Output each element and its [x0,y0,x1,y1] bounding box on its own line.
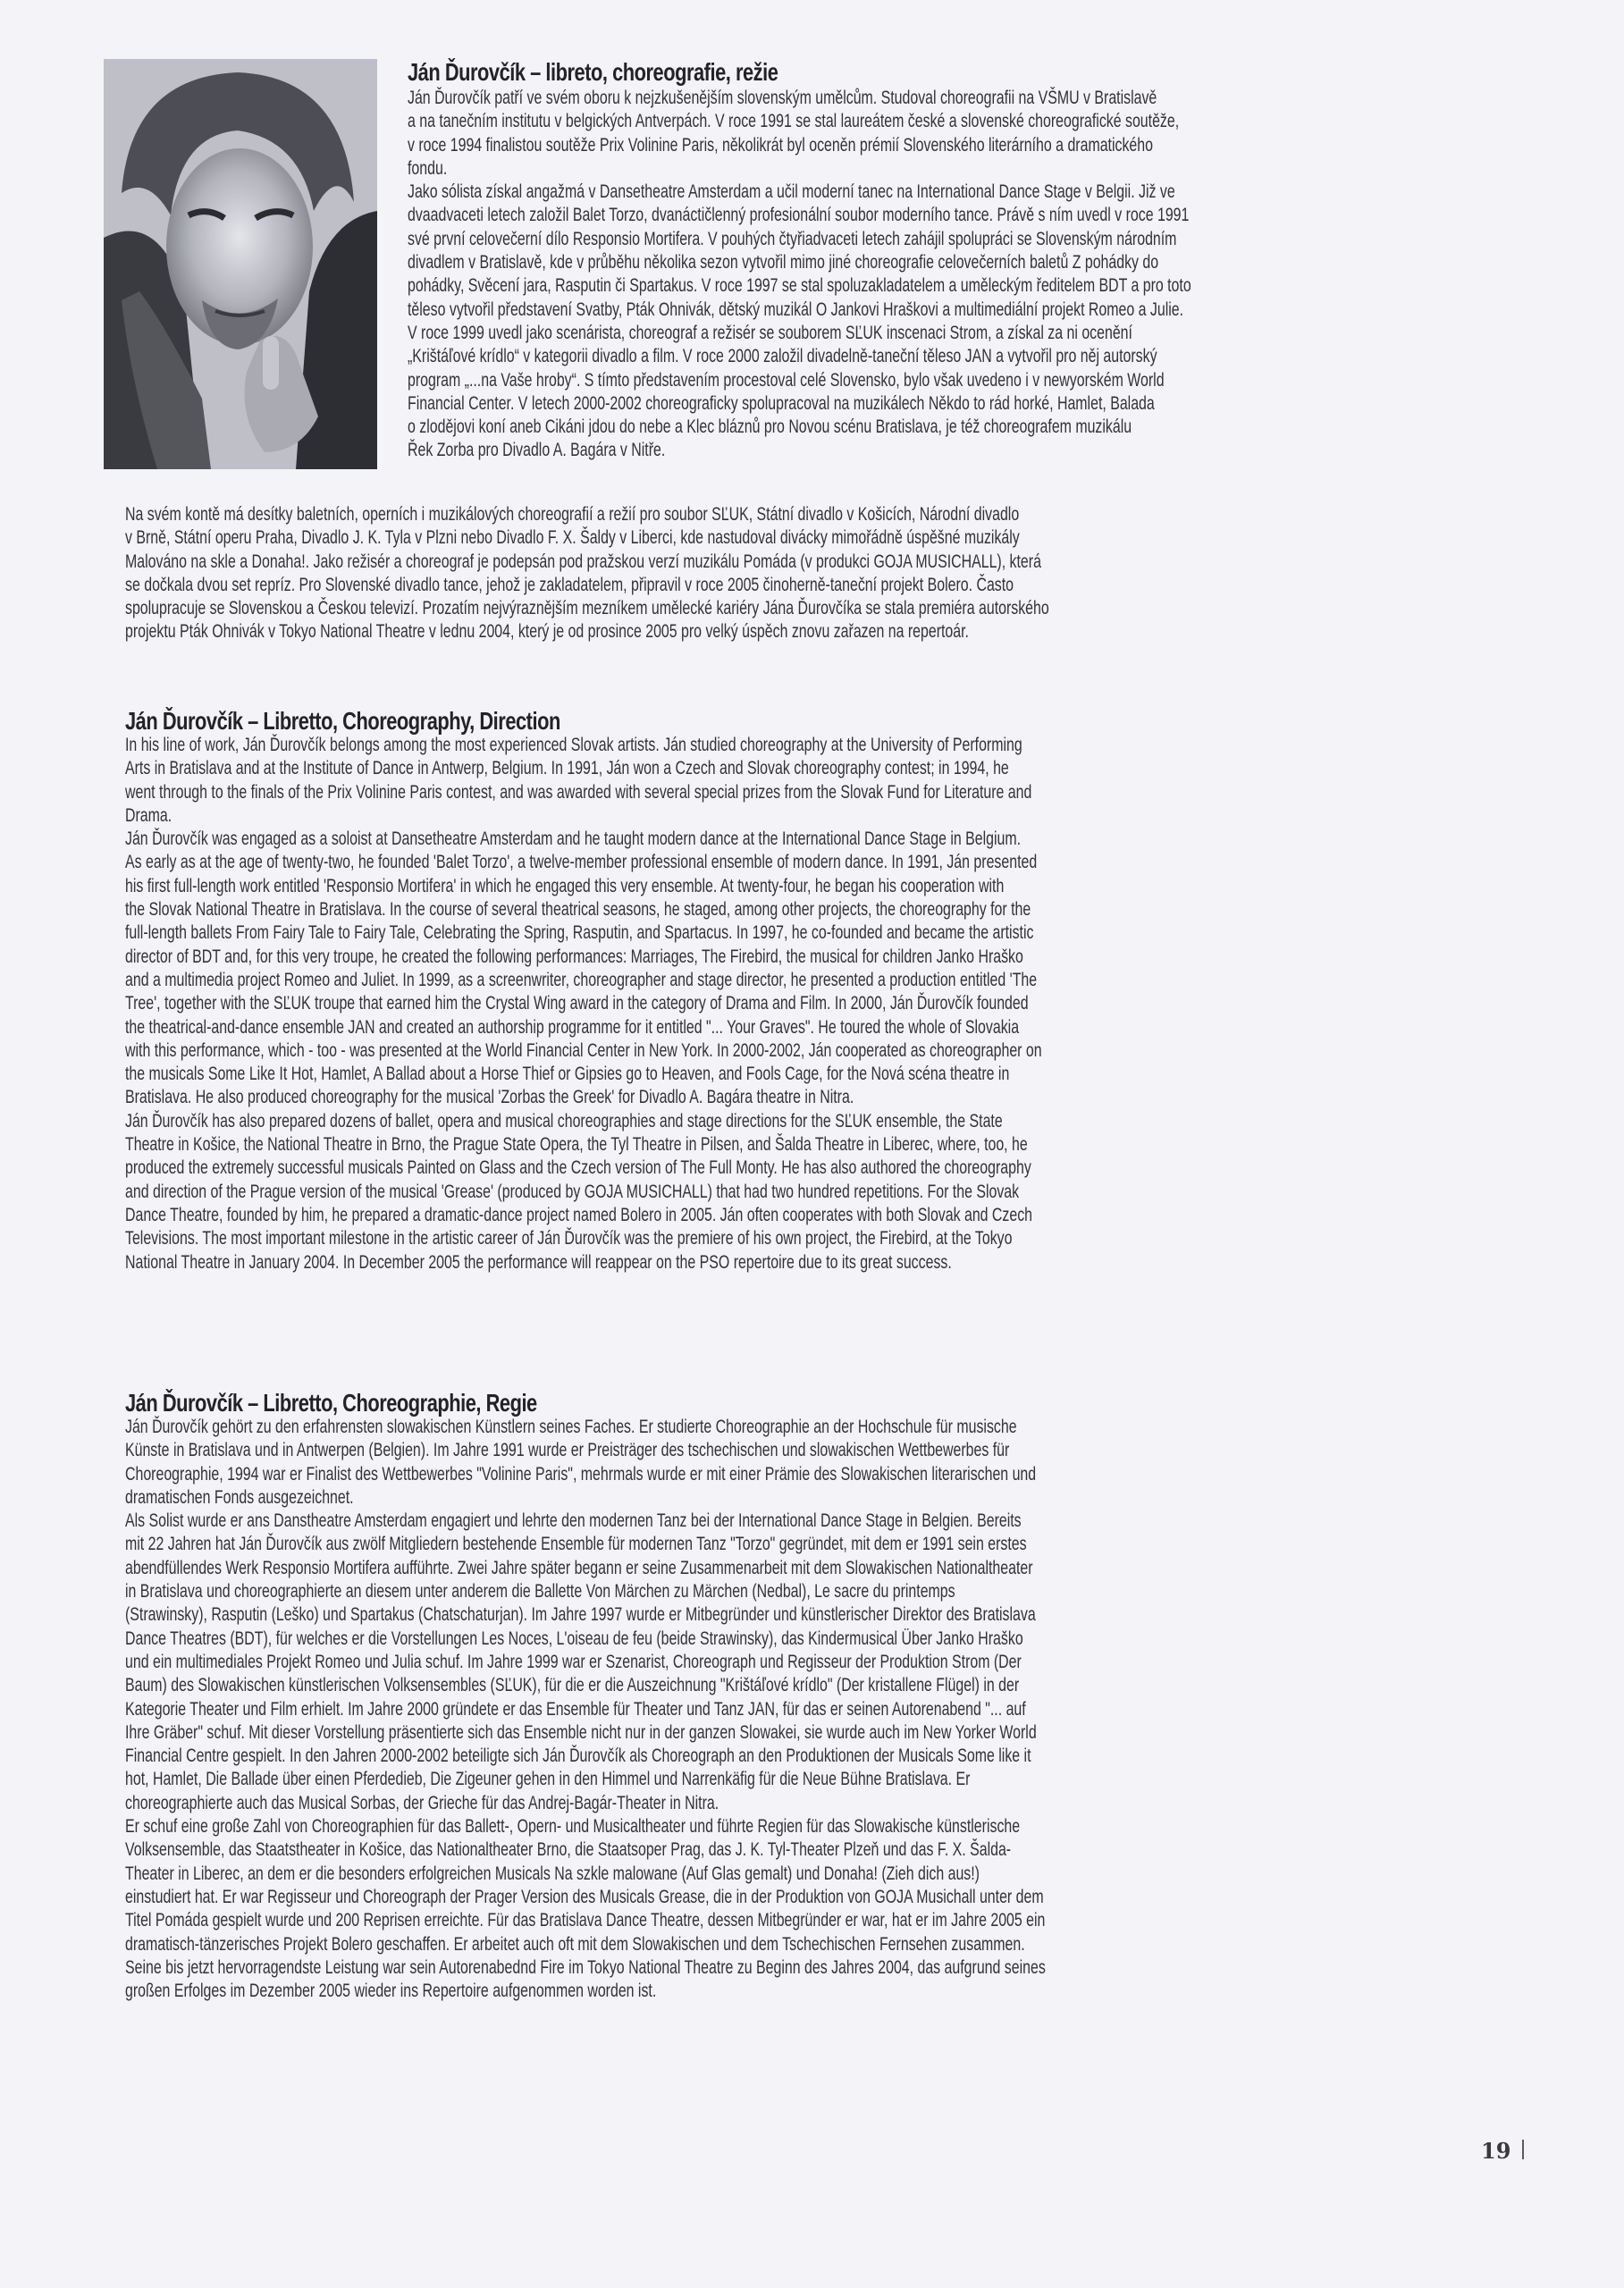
text-line: großen Erfolges im Dezember 2005 wieder … [125,1979,1046,2002]
page-number: 19 [1481,2138,1510,2164]
text-line: and direction of the Prague version of t… [125,1180,1042,1203]
text-line: program „...na Vaše hroby“. S tímto před… [408,368,1191,391]
page-number-divider [1522,2140,1524,2159]
czech-body: Ján Ďurovčík patří ve svém oboru k nejzk… [408,86,1467,462]
text-line: mit 22 Jahren hat Ján Ďurovčík aus zwölf… [125,1532,1046,1555]
text-line: full-length ballets From Fairy Tale to F… [125,921,1042,944]
text-line: v roce 1994 finalistou soutěže Prix Voli… [408,133,1191,156]
text-line: Künste in Bratislava und in Antwerpen (B… [125,1438,1046,1461]
text-line: spolupracuje se Slovenskou a Českou tele… [125,596,1049,619]
text-line: projektu Pták Ohnivák v Tokyo National T… [125,619,1049,643]
text-line: the musicals Some Like It Hot, Hamlet, A… [125,1062,1042,1085]
text-line: einstudiert hat. Er war Regisseur und Ch… [125,1885,1046,1908]
english-body: In his line of work, Ján Ďurovčík belong… [125,733,1364,1274]
text-line: Dance Theatres (BDT), für welches er die… [125,1627,1046,1650]
text-line: pohádky, Svěcení jara, Rasputin či Spart… [408,273,1191,297]
text-line: Arts in Bratislava and at the Institute … [125,756,1042,779]
text-line: hot, Hamlet, Die Ballade über einen Pfer… [125,1767,1046,1790]
text-line: dramatisch-tänzerisches Projekt Bolero g… [125,1932,1046,1956]
text-line: Er schuf eine große Zahl von Choreograph… [125,1814,1046,1838]
text-line: the Slovak National Theatre in Bratislav… [125,897,1042,921]
text-line: své první celovečerní dílo Responsio Mor… [408,227,1191,250]
text-line: choreographierte auch das Musical Sorbas… [125,1791,1046,1814]
text-line: těleso vytvořil představení Svatby, Pták… [408,298,1191,321]
text-line: „Krištáľové krídlo“ v kategorii divadlo … [408,344,1191,367]
text-line: In his line of work, Ján Ďurovčík belong… [125,733,1042,756]
text-line: Financial Center. V letech 2000-2002 cho… [408,391,1191,415]
text-line: fondu. [408,156,1191,180]
text-line: and a multimedia project Romeo and Julie… [125,968,1042,991]
text-line: his first full-length work entitled 'Res… [125,874,1042,897]
text-line: Ján Ďurovčík patří ve svém oboru k nejzk… [408,86,1191,109]
text-line: v Brně, Státní operu Praha, Divadlo J. K… [125,526,1049,549]
text-line: Ján Ďurovčík gehört zu den erfahrensten … [125,1415,1046,1438]
portrait-photo [104,59,377,469]
text-line: dvaadvaceti letech založil Balet Torzo, … [408,203,1191,226]
text-line: Theater in Liberec, an dem er die besond… [125,1862,1046,1885]
text-line: Ihre Gräber" schuf. Mit dieser Vorstellu… [125,1720,1046,1744]
portrait-illustration [104,59,377,469]
text-line: divadlem v Bratislavě, kde v průběhu něk… [408,250,1191,273]
text-line: Ján Ďurovčík was engaged as a soloist at… [125,827,1042,850]
german-body: Ján Ďurovčík gehört zu den erfahrensten … [125,1415,1369,2002]
text-line: produced the extremely successful musica… [125,1156,1042,1179]
text-line: Drama. [125,803,1042,827]
text-line: Televisions. The most important mileston… [125,1226,1042,1249]
text-line: dramatischen Fonds ausgezeichnet. [125,1485,1046,1509]
czech-heading: Ján Ďurovčík – libreto, choreografie, re… [408,57,1233,88]
german-heading: Ján Ďurovčík – Libretto, Choreographie, … [125,1388,1095,1418]
english-section: Ján Ďurovčík – Libretto, Choreography, D… [125,706,1364,1274]
text-line: Tree', together with the SĽUK troupe tha… [125,991,1042,1014]
text-line: Seine bis jetzt hervorragendste Leistung… [125,1956,1046,1979]
text-line: Kategorie Theater und Film erhielt. Im J… [125,1697,1046,1720]
german-section: Ján Ďurovčík – Libretto, Choreographie, … [125,1388,1369,2002]
czech-section: Ján Ďurovčík – libreto, choreografie, re… [408,57,1467,462]
text-line: und ein multimediales Projekt Romeo und … [125,1650,1046,1673]
text-line: a na tanečním institutu v belgických Ant… [408,109,1191,132]
text-line: Malováno na skle a Donaha!. Jako režisér… [125,550,1049,573]
text-line: Choreographie, 1994 war er Finalist des … [125,1462,1046,1485]
text-line: Titel Pomáda gespielt wurde und 200 Repr… [125,1908,1046,1931]
text-line: in Bratislava und choreographierte an di… [125,1579,1046,1602]
text-line: o zlodějovi koní aneb Cikáni jdou do neb… [408,415,1191,438]
text-line: Als Solist wurde er ans Danstheatre Amst… [125,1509,1046,1532]
text-line: Na svém kontě má desítky baletních, oper… [125,502,1049,526]
text-line: Theatre in Košice, the National Theatre … [125,1132,1042,1156]
text-line: director of BDT and, for this very troup… [125,945,1042,968]
text-line: As early as at the age of twenty-two, he… [125,850,1042,873]
text-line: se dočkala dvou set repríz. Pro Slovensk… [125,573,1049,596]
czech-section-continued: Na svém kontě má desítky baletních, oper… [125,502,1374,643]
text-line: Ján Ďurovčík has also prepared dozens of… [125,1109,1042,1132]
text-line: Řek Zorba pro Divadlo A. Bagára v Nitře. [408,438,1191,461]
text-line: Volksensemble, das Staatstheater in Koši… [125,1838,1046,1861]
text-line: Dance Theatre, founded by him, he prepar… [125,1203,1042,1226]
text-line: Bratislava. He also produced choreograph… [125,1085,1042,1108]
text-line: abendfüllendes Werk Responsio Mortifera … [125,1556,1046,1579]
text-line: Baum) des Slowakischen künstlerischen Vo… [125,1673,1046,1696]
text-line: with this performance, which - too - was… [125,1039,1042,1062]
czech-body-wide: Na svém kontě má desítky baletních, oper… [125,502,1374,643]
text-line: Financial Centre gespielt. In den Jahren… [125,1744,1046,1767]
text-line: the theatrical-and-dance ensemble JAN an… [125,1015,1042,1039]
text-line: National Theatre in January 2004. In Dec… [125,1250,1042,1274]
document-page: Ján Ďurovčík – libreto, choreografie, re… [0,0,1624,2288]
text-line: V roce 1999 uvedl jako scenárista, chore… [408,321,1191,344]
text-line: went through to the finals of the Prix V… [125,780,1042,803]
english-heading: Ján Ďurovčík – Libretto, Choreography, D… [125,706,1091,736]
text-line: (Strawinsky), Rasputin (Leško) und Spart… [125,1602,1046,1626]
text-line: Jako sólista získal angažmá v Dansetheat… [408,180,1191,203]
